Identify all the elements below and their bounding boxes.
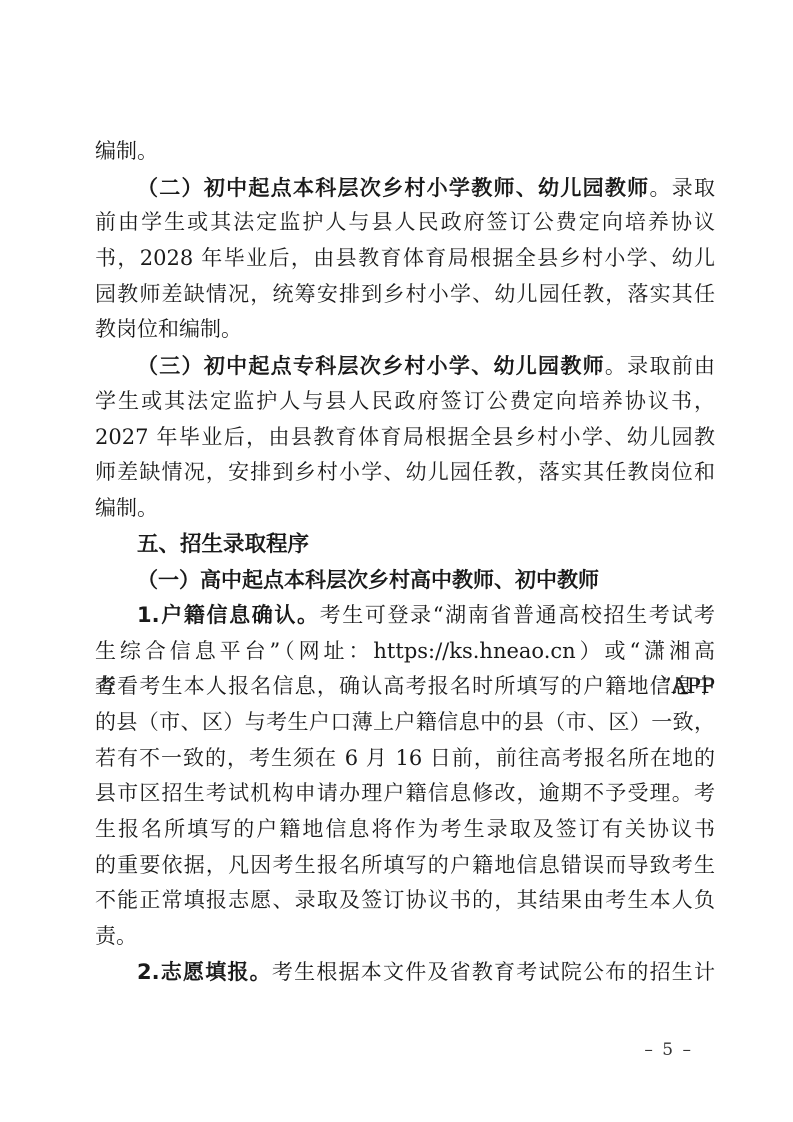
text-line: 教岗位和编制。 <box>95 312 715 348</box>
text-line: 若有不一致的，考生须在 6 月 16 日前，前往高考报名所在地的 <box>95 741 715 777</box>
text-line: （三）初中起点专科层次乡村小学、幼儿园教师。录取前由 <box>95 348 715 384</box>
text-line: 师差缺情况，安排到乡村小学、幼儿园任教，落实其任教岗位和 <box>95 455 715 491</box>
text-line: （二）初中起点本科层次乡村小学教师、幼儿园教师。录取 <box>95 170 715 206</box>
text-line: 县市区招生考试机构申请办理户籍信息修改，逾期不予受理。考 <box>95 776 715 812</box>
heading1-line: 五、招生录取程序 <box>95 527 715 563</box>
text-run: 学生或其法定监护人与县人民政府签订公费定向培养协议书， <box>95 389 715 413</box>
text-line: 的重要依据，凡因考生报名所填写的户籍地信息错误而导致考生 <box>95 848 715 884</box>
text-run: 教岗位和编制。 <box>95 317 242 341</box>
page-number: – 5 – <box>644 1040 693 1060</box>
text-line: 编制。 <box>95 134 715 170</box>
text-line: 1.户籍信息确认。考生可登录“湖南省普通高校招生考试考 <box>95 598 715 634</box>
text-line: 前由学生或其法定监护人与县人民政府签订公费定向培养协议 <box>95 205 715 241</box>
text-run: 不能正常填报志愿、录取及签订协议书的，其结果由考生本人负 <box>95 888 715 912</box>
text-run: 责。 <box>95 924 137 948</box>
text-run: 2027 年毕业后，由县教育体育局根据全县乡村小学、幼儿园教 <box>95 425 715 449</box>
text-run: 书，2028 年毕业后，由县教育体育局根据全县乡村小学、幼儿 <box>95 246 715 270</box>
emphasis-run: （二）初中起点本科层次乡村小学教师、幼儿园教师 <box>137 175 649 200</box>
text-run: 生报名所填写的户籍地信息将作为考生录取及签订有关协议书 <box>95 817 715 841</box>
heading2-line: （一）高中起点本科层次乡村高中教师、初中教师 <box>95 562 715 598</box>
text-run: 。录取 <box>649 176 715 200</box>
emphasis-run: 五、招生录取程序 <box>137 532 309 557</box>
text-run: 的重要依据，凡因考生报名所填写的户籍地信息错误而导致考生 <box>95 853 715 877</box>
text-line: 2027 年毕业后，由县教育体育局根据全县乡村小学、幼儿园教 <box>95 420 715 456</box>
text-run: 考生可登录“湖南省普通高校招生考试考 <box>320 603 715 627</box>
text-run: 师差缺情况，安排到乡村小学、幼儿园任教，落实其任教岗位和 <box>95 460 715 484</box>
text-run: 若有不一致的，考生须在 6 月 16 日前，前往高考报名所在地的 <box>95 746 715 770</box>
text-line: 生综合信息平台”（网址：https://ks.hneao.cn）或“潇湘高考”A… <box>95 634 715 670</box>
text-run: 前由学生或其法定监护人与县人民政府签订公费定向培养协议 <box>95 210 715 234</box>
text-line: 园教师差缺情况，统筹安排到乡村小学、幼儿园任教，落实其任 <box>95 277 715 313</box>
text-run: 编制。 <box>95 139 158 163</box>
document-page: { "page": { "number_label": "– 5 –" }, "… <box>0 0 793 1122</box>
text-run: 园教师差缺情况，统筹安排到乡村小学、幼儿园任教，落实其任 <box>95 282 715 306</box>
emphasis-run: 1.户籍信息确认。 <box>137 603 320 627</box>
text-line: 生报名所填写的户籍地信息将作为考生录取及签订有关协议书 <box>95 812 715 848</box>
text-run: 县市区招生考试机构申请办理户籍信息修改，逾期不予受理。考 <box>95 781 715 805</box>
text-line: 2.志愿填报。考生根据本文件及省教育考试院公布的招生计 <box>95 955 715 991</box>
text-run: 。录取前由 <box>605 354 715 378</box>
text-run: 编制。 <box>95 496 158 520</box>
text-line: 不能正常填报志愿、录取及签订协议书的，其结果由考生本人负 <box>95 883 715 919</box>
text-line: 的县（市、区）与考生户口薄上户籍信息中的县（市、区）一致， <box>95 705 715 741</box>
text-line: 书，2028 年毕业后，由县教育体育局根据全县乡村小学、幼儿 <box>95 241 715 277</box>
text-line: 学生或其法定监护人与县人民政府签订公费定向培养协议书， <box>95 384 715 420</box>
emphasis-run: （一）高中起点本科层次乡村高中教师、初中教师 <box>137 567 599 592</box>
emphasis-run: 2.志愿填报。 <box>137 960 272 984</box>
text-line: 查看考生本人报名信息，确认高考报名时所填写的户籍地信息中 <box>95 669 715 705</box>
text-run: 考生根据本文件及省教育考试院公布的招生计 <box>272 960 715 984</box>
text-line: 责。 <box>95 919 715 955</box>
text-line: 编制。 <box>95 491 715 527</box>
text-run: 的县（市、区）与考生户口薄上户籍信息中的县（市、区）一致， <box>95 710 715 734</box>
document-body: 编制。（二）初中起点本科层次乡村小学教师、幼儿园教师。录取前由学生或其法定监护人… <box>95 134 715 991</box>
text-run: 查看考生本人报名信息，确认高考报名时所填写的户籍地信息中 <box>95 674 715 698</box>
emphasis-run: （三）初中起点专科层次乡村小学、幼儿园教师 <box>137 353 605 378</box>
